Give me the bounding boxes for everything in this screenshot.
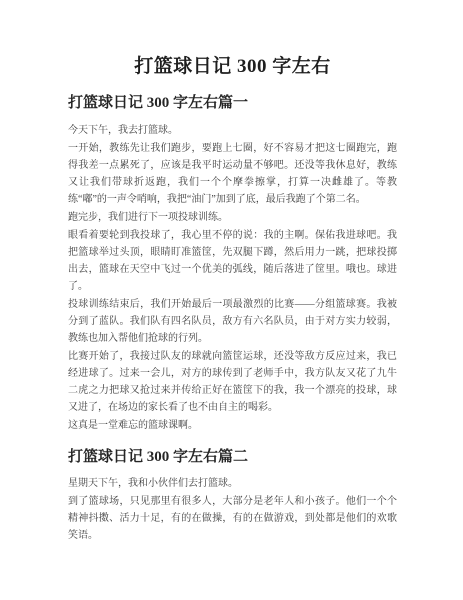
paragraph: 这真是一堂难忘的篮球课啊。: [68, 417, 397, 434]
document-title: 打篮球日记 300 字左右: [68, 0, 397, 79]
essay-section-one: 打篮球日记 300 字左右篇一 今天下午，我去打篮球。 一开始，教练先让我们跑步…: [68, 93, 397, 434]
paragraph: 到了篮球场，只见那里有很多人，大部分是老年人和小孩子。他们一个个精神抖擞、活力十…: [68, 493, 397, 544]
essay-section-two: 打篮球日记 300 字左右篇二 星期天下午，我和小伙伴们去打篮球。 到了篮球场，…: [68, 447, 397, 544]
paragraph: 眼看着要轮到我投球了，我心里不停的说：我的主啊。保佑我进球吧。我把篮球举过头顶，…: [68, 227, 397, 295]
section-one-heading: 打篮球日记 300 字左右篇一: [68, 93, 397, 113]
document-page: 打篮球日记 300 字左右 打篮球日记 300 字左右篇一 今天下午，我去打篮球…: [0, 0, 463, 600]
paragraph: 投球训练结束后，我们开始最后一项最激烈的比赛——分组篮球赛。我被分到了蓝队。我们…: [68, 296, 397, 347]
section-two-heading: 打篮球日记 300 字左右篇二: [68, 447, 397, 467]
paragraph: 跑完步，我们进行下一项投球训练。: [68, 209, 397, 226]
paragraph: 星期天下午，我和小伙伴们去打篮球。: [68, 475, 397, 492]
paragraph: 一开始，教练先让我们跑步，要跑上七圈，好不容易才把这七圈跑完，跑得我差一点累死了…: [68, 140, 397, 208]
paragraph: 比赛开始了，我接过队友的球就向篮筐运球，还没等敌方反应过来，我已经进球了。过来一…: [68, 348, 397, 416]
paragraph: 今天下午，我去打篮球。: [68, 122, 397, 139]
